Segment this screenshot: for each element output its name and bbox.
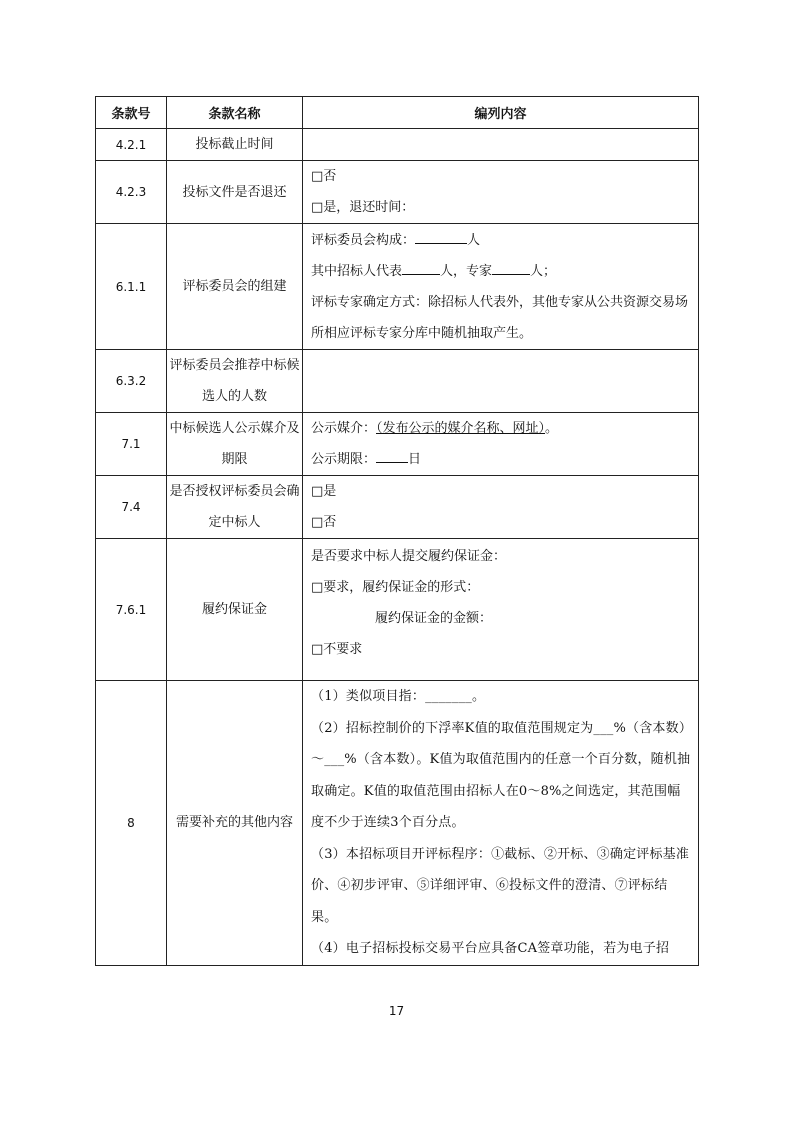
clause-name: 投标文件是否退还 [167, 161, 303, 224]
clause-no: 6.3.2 [96, 350, 167, 413]
clause-content: 公示媒介：（发布公示的媒介名称、网址）。 公示期限：日 [303, 413, 699, 476]
clause-name: 需要补充的其他内容 [167, 681, 303, 966]
supplement-item-1: （1）类似项目指：_______。 [311, 681, 692, 713]
publicity-period-line: 公示期限：日 [311, 444, 692, 475]
page-number: 17 [0, 1004, 793, 1018]
supplement-item-3: （3）本招标项目开评标程序：①截标、②开标、③确定评标基准价、④初步评审、⑤详细… [311, 839, 692, 934]
clause-content: □否 □是，退还时间： [303, 161, 699, 224]
clause-no: 4.2.3 [96, 161, 167, 224]
publicity-media-line: 公示媒介：（发布公示的媒介名称、网址）。 [311, 413, 692, 444]
table-row: 4.2.3 投标文件是否退还 □否 □是，退还时间： [96, 161, 699, 224]
clause-name: 是否授权评标委员会确定中标人 [167, 476, 303, 539]
publicity-days-blank[interactable] [376, 450, 408, 463]
tenderer-rep-blank[interactable] [402, 262, 440, 275]
supplement-item-4: （4）电子招标投标交易平台应具备CA签章功能，若为电子招 [311, 933, 692, 965]
clause-content: □是 □否 [303, 476, 699, 539]
publicity-media-value[interactable]: （发布公示的媒介名称、网址） [376, 421, 545, 436]
clause-no: 8 [96, 681, 167, 966]
clause-name: 评标委员会的组建 [167, 224, 303, 350]
clause-content [303, 129, 699, 161]
option-yes[interactable]: □是 [311, 476, 692, 507]
clause-no: 7.6.1 [96, 539, 167, 681]
option-not-required[interactable]: □不要求 [311, 634, 692, 665]
header-content: 编列内容 [303, 97, 699, 129]
expert-count-blank[interactable] [492, 262, 530, 275]
supplement-item-2: （2）招标控制价的下浮率K值的取值范围规定为___%（含本数）～___%（含本数… [311, 713, 692, 839]
clause-name: 履约保证金 [167, 539, 303, 681]
table-row: 6.3.2 评标委员会推荐中标候选人的人数 [96, 350, 699, 413]
clause-content: （1）类似项目指：_______。 （2）招标控制价的下浮率K值的取值范围规定为… [303, 681, 699, 966]
table-header-row: 条款号 条款名称 编列内容 [96, 97, 699, 129]
performance-bond-amount: 履约保证金的金额： [311, 603, 692, 634]
option-required-form[interactable]: □要求，履约保证金的形式： [311, 572, 692, 603]
committee-composition-line: 其中招标人代表人，专家人； [311, 256, 692, 287]
committee-size-blank[interactable] [415, 231, 467, 244]
clause-no: 6.1.1 [96, 224, 167, 350]
clause-table: 条款号 条款名称 编列内容 4.2.1 投标截止时间 4.2.3 投标文件是否退… [95, 96, 699, 966]
clause-name: 评标委员会推荐中标候选人的人数 [167, 350, 303, 413]
performance-bond-question: 是否要求中标人提交履约保证金： [311, 541, 692, 572]
clause-name: 投标截止时间 [167, 129, 303, 161]
header-clause-name: 条款名称 [167, 97, 303, 129]
table-row: 7.4 是否授权评标委员会确定中标人 □是 □否 [96, 476, 699, 539]
table-row: 7.6.1 履约保证金 是否要求中标人提交履约保证金： □要求，履约保证金的形式… [96, 539, 699, 681]
committee-size-line: 评标委员会构成：人 [311, 225, 692, 256]
clause-no: 4.2.1 [96, 129, 167, 161]
clause-content: 评标委员会构成：人 其中招标人代表人，专家人； 评标专家确定方式：除招标人代表外… [303, 224, 699, 350]
clause-no: 7.4 [96, 476, 167, 539]
table-row: 7.1 中标候选人公示媒介及期限 公示媒介：（发布公示的媒介名称、网址）。 公示… [96, 413, 699, 476]
option-no[interactable]: □否 [311, 161, 692, 192]
option-no[interactable]: □否 [311, 507, 692, 538]
clause-name: 中标候选人公示媒介及期限 [167, 413, 303, 476]
clause-content [303, 350, 699, 413]
table-row: 4.2.1 投标截止时间 [96, 129, 699, 161]
table-row: 8 需要补充的其他内容 （1）类似项目指：_______。 （2）招标控制价的下… [96, 681, 699, 966]
clause-content: 是否要求中标人提交履约保证金： □要求，履约保证金的形式： 履约保证金的金额： … [303, 539, 699, 681]
option-yes-return-time[interactable]: □是，退还时间： [311, 192, 692, 223]
expert-selection-method: 评标专家确定方式：除招标人代表外，其他专家从公共资源交易场所相应评标专家分库中随… [311, 287, 692, 349]
header-clause-no: 条款号 [96, 97, 167, 129]
table-row: 6.1.1 评标委员会的组建 评标委员会构成：人 其中招标人代表人，专家人； 评… [96, 224, 699, 350]
clause-no: 7.1 [96, 413, 167, 476]
